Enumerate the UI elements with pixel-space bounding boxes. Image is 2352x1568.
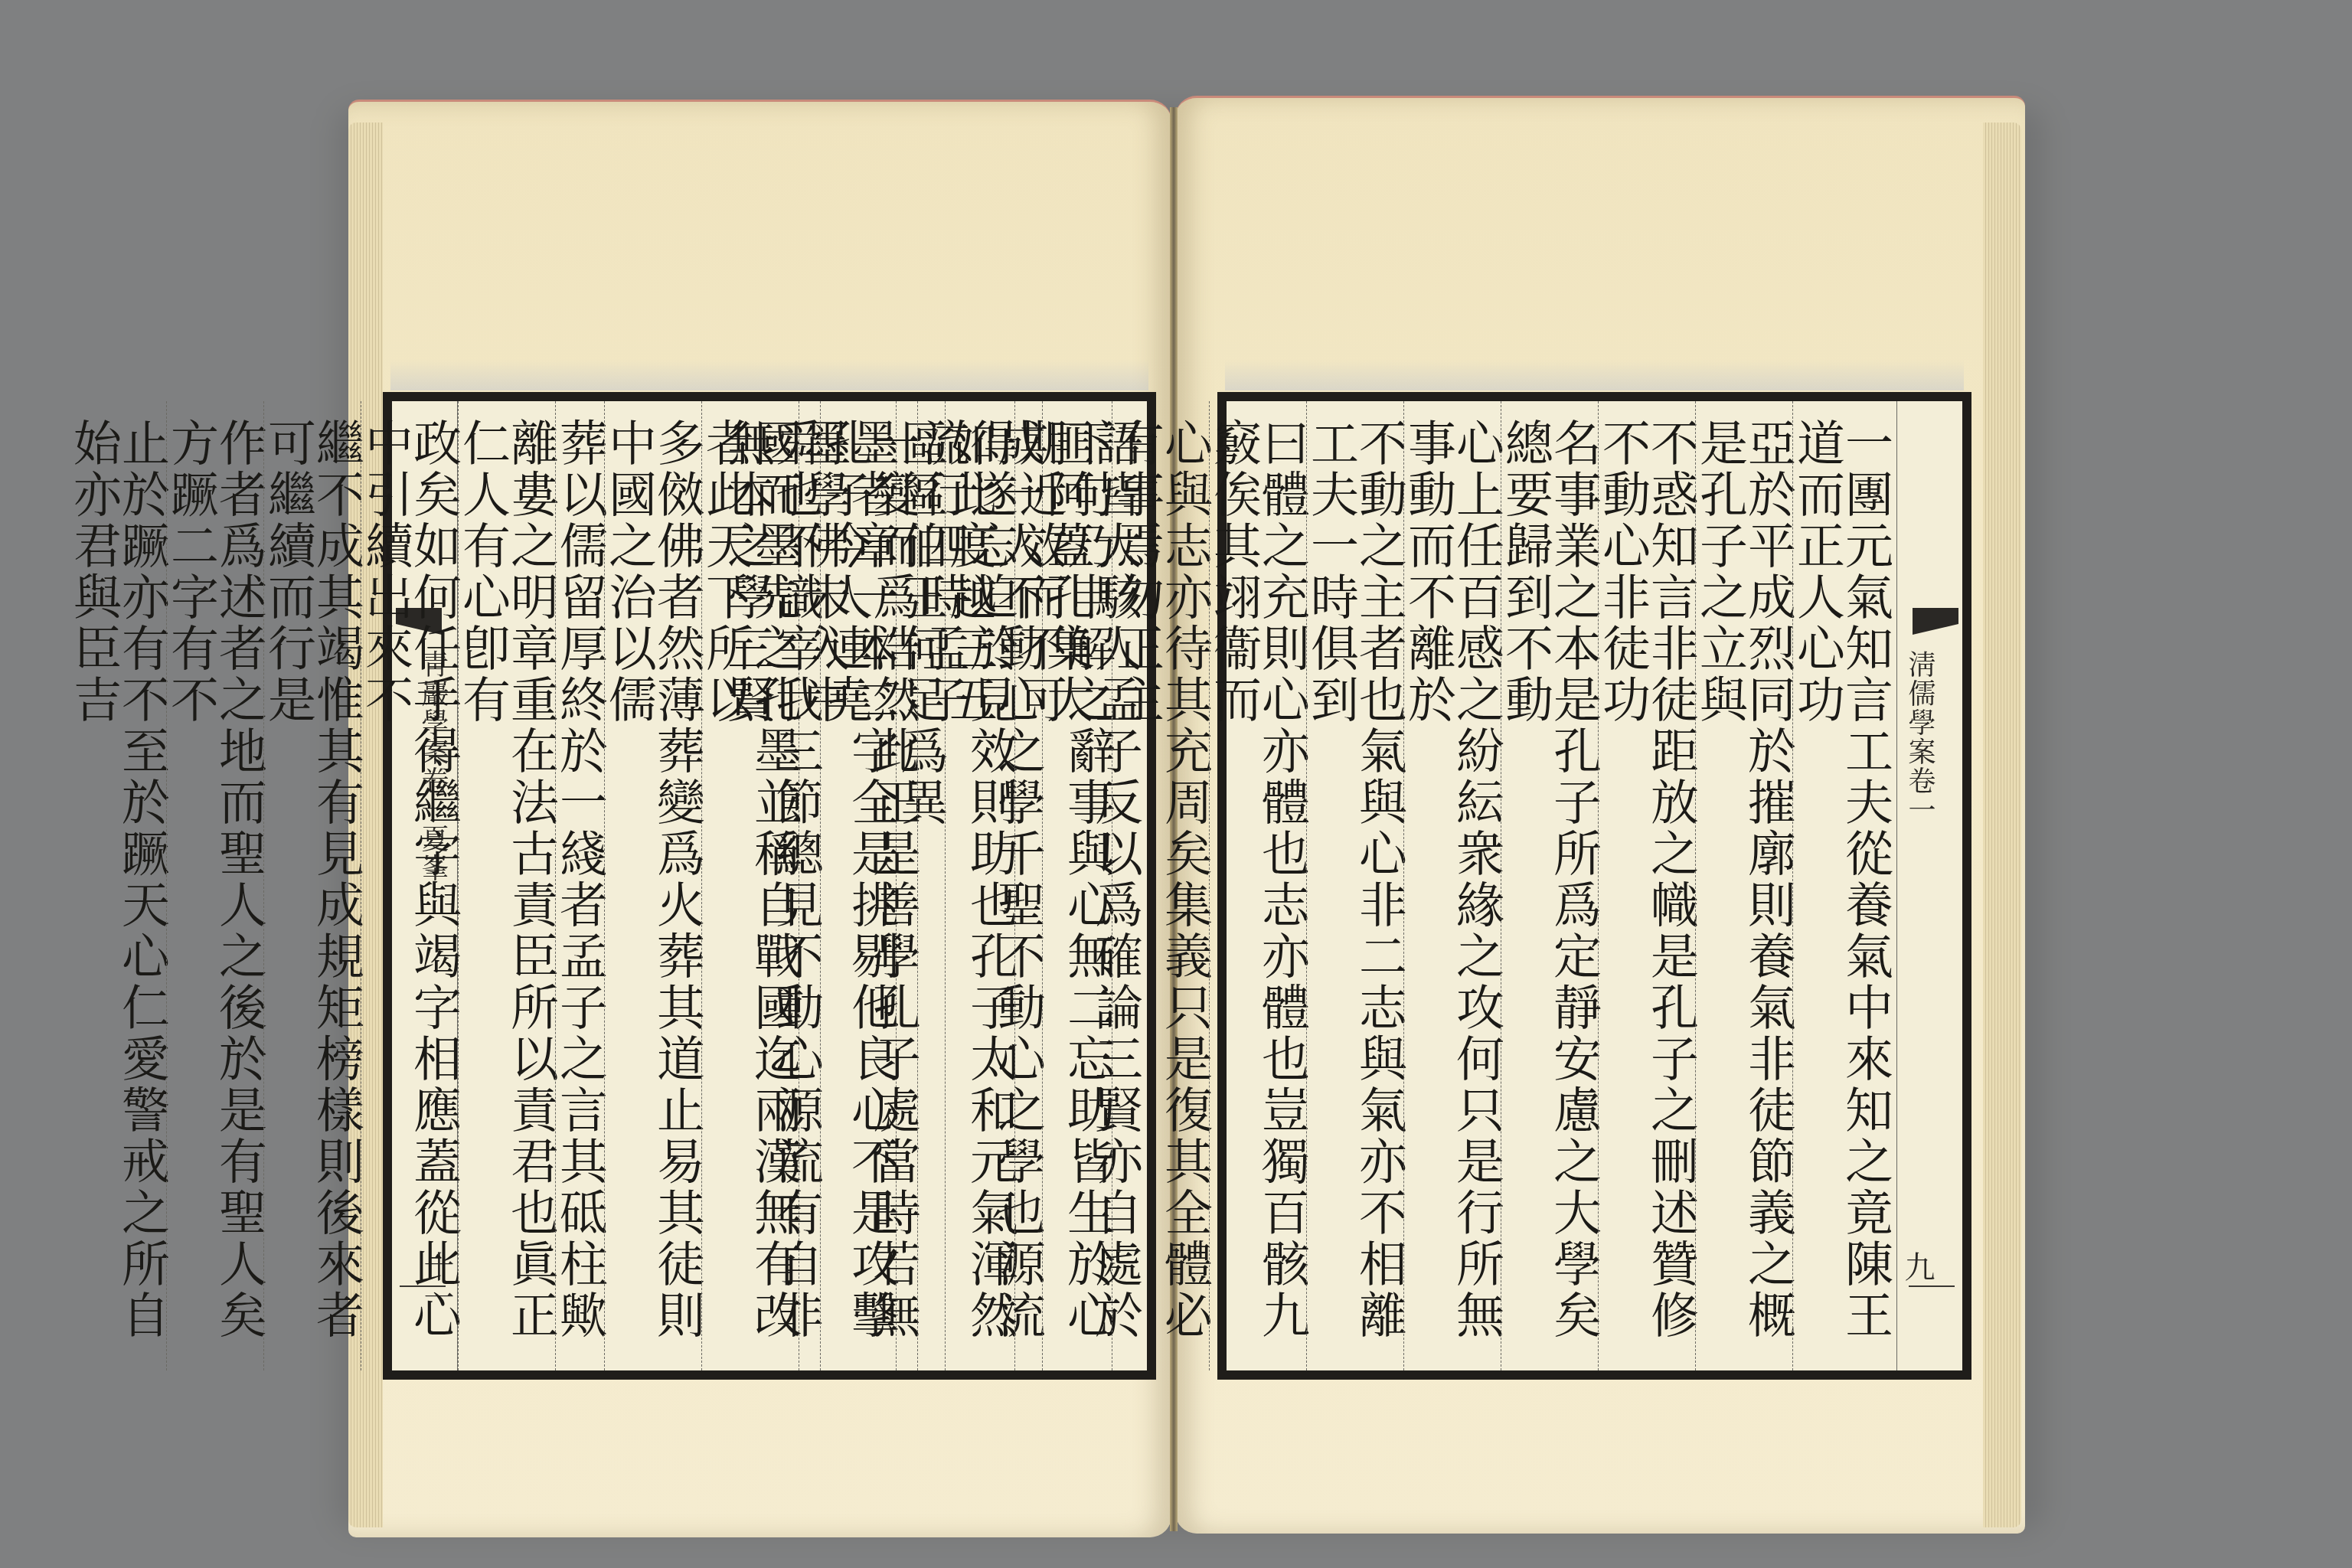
text-column: 心上任百感之紛紜衆緣之攻何只是行所無事動而不離於 [1403,401,1501,1370]
text-column: 作者爲述者之地而聖人之後於是有聖人矣方蹶二字有不 [166,401,263,1370]
text-column: 名事業之本是孔子所爲定靜安慮之大學矣總要歸到不動 [1501,401,1598,1370]
text-column: 政矣如何任手得繼字與竭字相應蓋從此心中引續出來不 [361,401,458,1370]
right-margin-title: 淸儒學案卷一 [1900,650,1939,825]
text-column: 繼不成其竭惟其有見成規矩榜樣則後來者可繼續而行是 [263,401,361,1370]
text-column: 多傚佛者然薄葬變爲火葬其道止易其徒則中國之治以儒 [604,401,701,1370]
text-column: 曰體之充則心亦體也志亦體也豈獨百骸九竅俟其翊衞而 [1209,401,1306,1370]
left-ink-bleed [390,360,1148,390]
text-column: 葬以儒留厚終於一綫者孟子之言其砥柱歟 [555,401,604,1370]
text-column: 一變而爲浩然此正是善學孔子處當時若無孔子今人連堯 [820,401,917,1370]
right-text-columns: 一團元氣知言工夫從養氣中來知之竟陳王道而正人心功 亞於平成烈同於摧廓則養氣非徒節… [1234,401,1890,1370]
fishtail-mark-icon [1913,608,1958,635]
right-page-edges [1983,122,2021,1527]
right-center-margin: 淸儒學案卷一 九 [1896,401,1962,1370]
text-column: 亞於平成烈同於摧廓則養氣非徒節義之概是孔子之立與 [1695,401,1792,1370]
text-column: 舜也不識宰我三節總見不動心源流有自非無本之學三賢 [724,401,820,1370]
text-column: 不動之主者也氣與心非二志與氣亦不相離工夫一時俱到 [1306,401,1403,1370]
text-column: 不惑知言非徒距放之幟是孔子之刪述贊修不動心非徒功 [1598,401,1695,1370]
right-ink-bleed [1225,360,1964,390]
text-column: 止於蹶亦有不至於蹶天心仁愛警戒之所自始亦君與臣吉 [70,401,166,1370]
text-column: 一團元氣知言工夫從養氣中來知之竟陳王道而正人心功 [1792,401,1890,1370]
right-page-frame: 淸儒學案卷一 九 一團元氣知言工夫從養氣中來知之竟陳王道而正人心功 亞於平成烈同… [1217,392,1971,1380]
text-column: 得遂忘迫於見效則助也孔子太和元氣渾然流行四時孟子 [917,401,1014,1370]
right-folio-rule [1909,1285,1955,1287]
right-folio-number: 九 [1896,1251,1939,1282]
text-column: 下句乃申解之辭事與心無二忘助皆生於心期近效而不可 [1014,401,1112,1370]
text-column: 離婁之明章重在法古責臣所以責君也眞正仁人有心卽有 [458,401,555,1370]
text-column: 心與志亦待其充周矣集義只是復其全體必有事焉勿正主 [1112,401,1209,1370]
